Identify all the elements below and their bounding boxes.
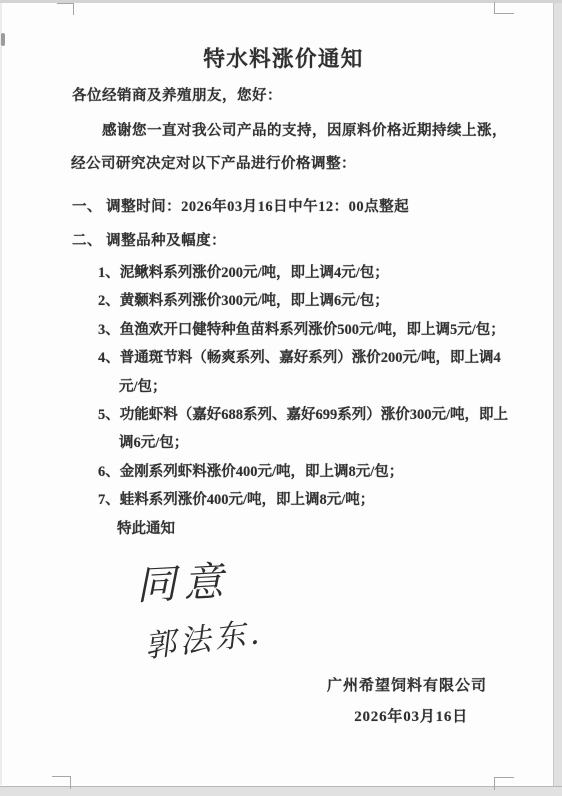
page-edge-bottom	[0, 786, 562, 796]
intro-line-2: 经公司研究决定对以下产品进行价格调整：	[71, 152, 356, 173]
crop-mark-bottom-left	[52, 776, 71, 789]
page-edge-right	[553, 3, 562, 786]
handwritten-approval: 同意	[135, 550, 232, 612]
photo-artifact-speck	[1, 33, 5, 46]
intro-line-1: 感谢您一直对我公司产品的支持，因原料价格近期持续上涨，	[102, 119, 507, 140]
price-item-5: 5、功能虾料（嘉好688系列、嘉好699系列）涨价300元/吨，即上调6元/包；	[98, 401, 518, 458]
price-item-3: 3、鱼渔欢开口健特种鱼苗料系列涨价500元/吨，即上调5元/包；	[98, 316, 518, 344]
price-item-2: 2、黄颡料系列涨价300元/吨，即上调6元/包；	[98, 287, 518, 315]
page-edge-top	[0, 0, 562, 3]
section-adjust-scope: 二、 调整品种及幅度：	[72, 229, 226, 250]
section-adjust-time: 一、 调整时间：2026年03月16日中午12：00点整起	[72, 195, 409, 216]
price-item-6: 6、金刚系列虾料涨价400元/吨，即上调8元/包；	[98, 458, 518, 486]
price-item-list: 1、泥鳅料系列涨价200元/吨，即上调4元/包； 2、黄颡料系列涨价300元/吨…	[98, 259, 518, 543]
company-name: 广州希望饲料有限公司	[73, 674, 487, 695]
document-photo: 特水料涨价通知 各位经销商及养殖朋友，您好： 感谢您一直对我公司产品的支持，因原…	[0, 0, 562, 796]
price-item-4: 4、普通斑节料（畅爽系列、嘉好系列）涨价200元/吨，即上调4元/包；	[98, 344, 518, 401]
notice-date: 2026年03月16日	[73, 705, 468, 726]
crop-mark-top-right	[494, 2, 514, 14]
crop-mark-top-left	[57, 3, 74, 15]
page-edge-left	[0, 3, 2, 785]
salutation-line: 各位经销商及养殖朋友，您好：	[72, 84, 282, 105]
page-title: 特水料涨价通知	[73, 42, 494, 73]
crop-mark-bottom-right	[494, 777, 514, 790]
handwritten-signature: 郭法东.	[142, 607, 265, 666]
price-item-7: 7、蛙料系列涨价400元/吨，即上调8元/吨；	[98, 486, 518, 514]
price-item-1: 1、泥鳅料系列涨价200元/吨，即上调4元/包；	[98, 259, 518, 287]
closing-line: 特此通知	[98, 515, 518, 543]
